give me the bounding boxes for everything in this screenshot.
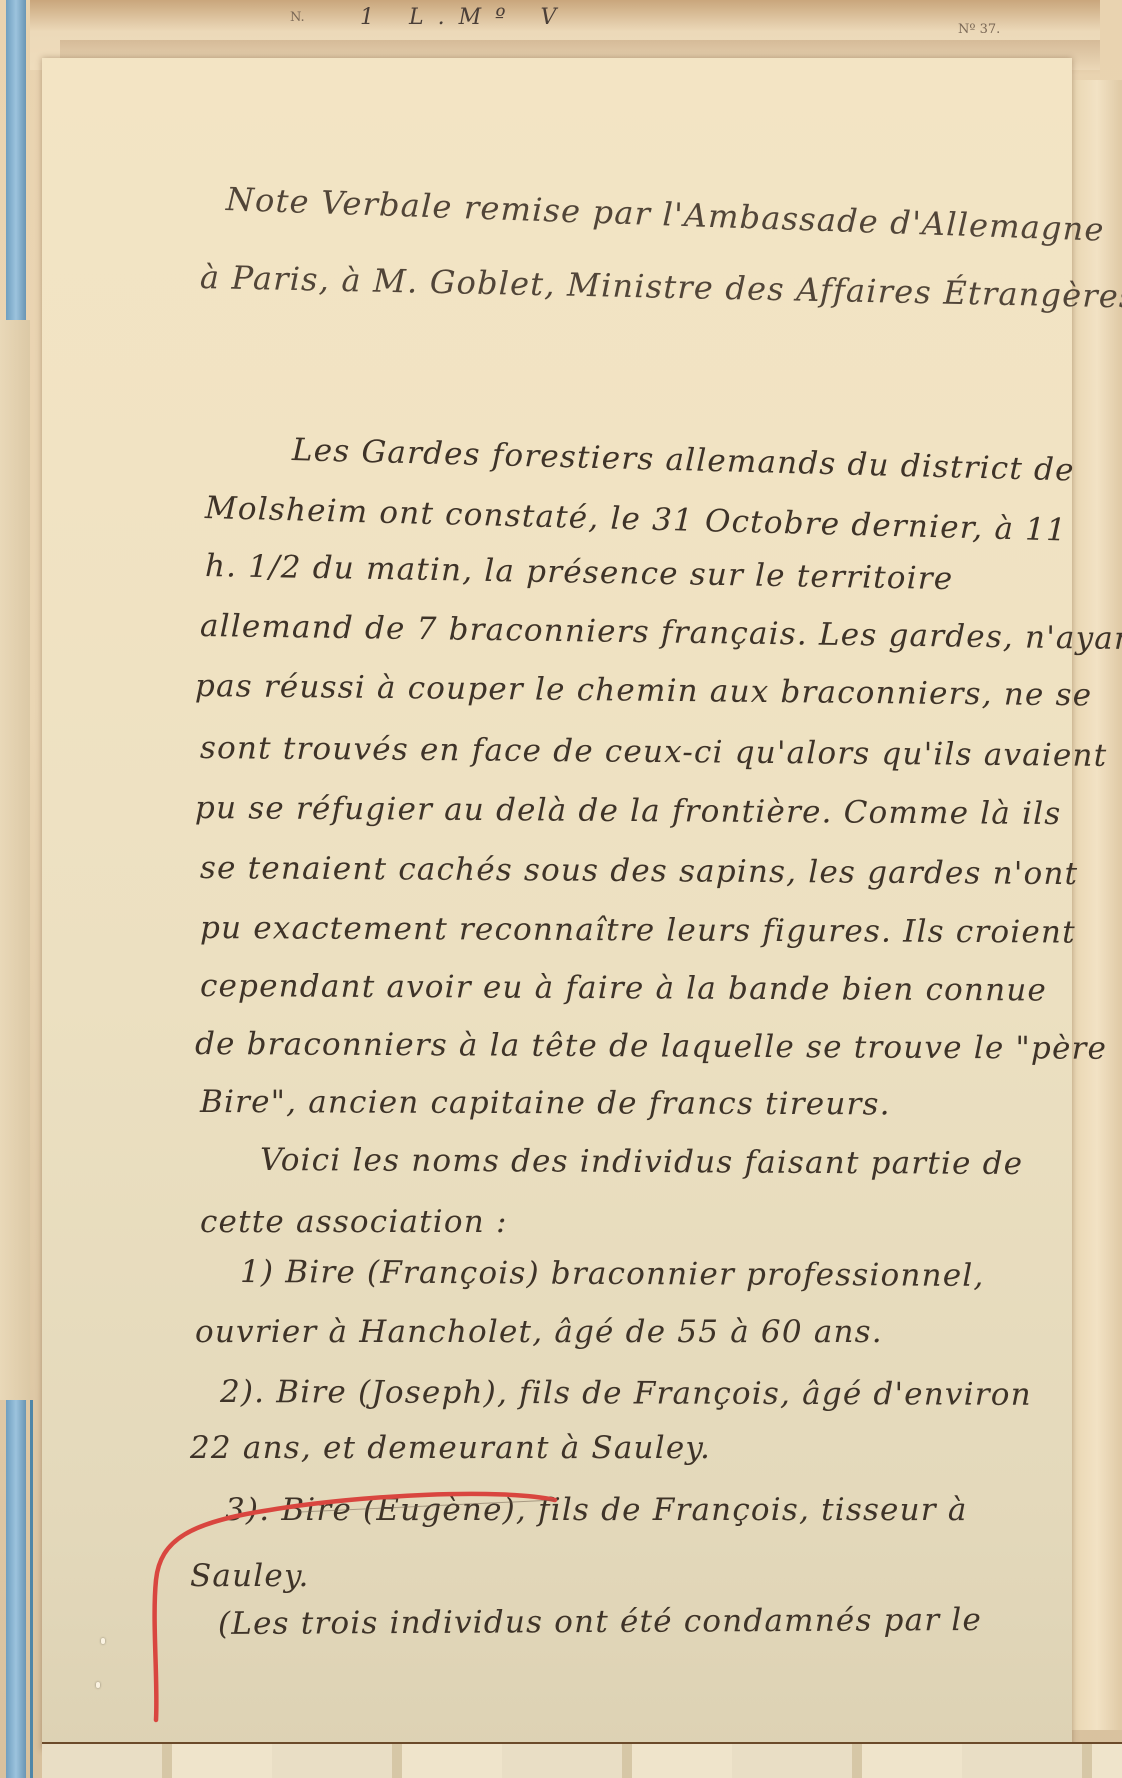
list-item-3-cont: Sauley. [190,1558,310,1594]
list-item-1-cont: ouvrier à Hancholet, âgé de 55 à 60 ans. [195,1314,883,1350]
body-line: sont trouvés en face de ceux-ci qu'alors… [200,730,1108,774]
handwritten-text: Note Verbale remise par l'Ambassade d'Al… [0,0,1122,1778]
body-line: allemand de 7 braconniers français. Les … [200,608,1122,657]
list-item-1: 1) Bire (François) braconnier profession… [240,1254,985,1294]
body-line: Les Gardes forestiers allemands du distr… [292,432,1076,488]
pin-hole [101,1638,105,1644]
body-line: h. 1/2 du matin, la présence sur le terr… [205,548,954,597]
body-line: pu se réfugier au delà de la frontière. … [195,790,1062,832]
body-line: Voici les noms des individus faisant par… [260,1142,1023,1182]
body-line: cependant avoir eu à faire à la bande bi… [200,968,1047,1008]
title-line-2: à Paris, à M. Goblet, Ministre des Affai… [200,258,1122,316]
pin-hole [96,1682,100,1688]
body-line: (Les trois individus ont été condamnés p… [218,1602,982,1642]
body-line: pu exactement reconnaître leurs figures.… [200,910,1076,951]
body-line: se tenaient cachés sous des sapins, les … [200,850,1078,892]
body-line: Molsheim ont constaté, le 31 Octobre der… [205,490,1068,549]
list-item-2-cont: 22 ans, et demeurant à Sauley. [190,1430,711,1466]
body-line: Bire", ancien capitaine de francs tireur… [200,1084,891,1122]
list-item-3: 3). Bire (Eugène), fils de François, tis… [225,1492,968,1528]
body-line: pas réussi à couper le chemin aux bracon… [195,668,1093,713]
title-line-1: Note Verbale remise par l'Ambassade d'Al… [225,180,1105,249]
body-line: de braconniers à la tête de laquelle se … [195,1026,1107,1067]
body-line: cette association : [200,1204,508,1240]
list-item-2: 2). Bire (Joseph), fils de François, âgé… [220,1374,1032,1413]
